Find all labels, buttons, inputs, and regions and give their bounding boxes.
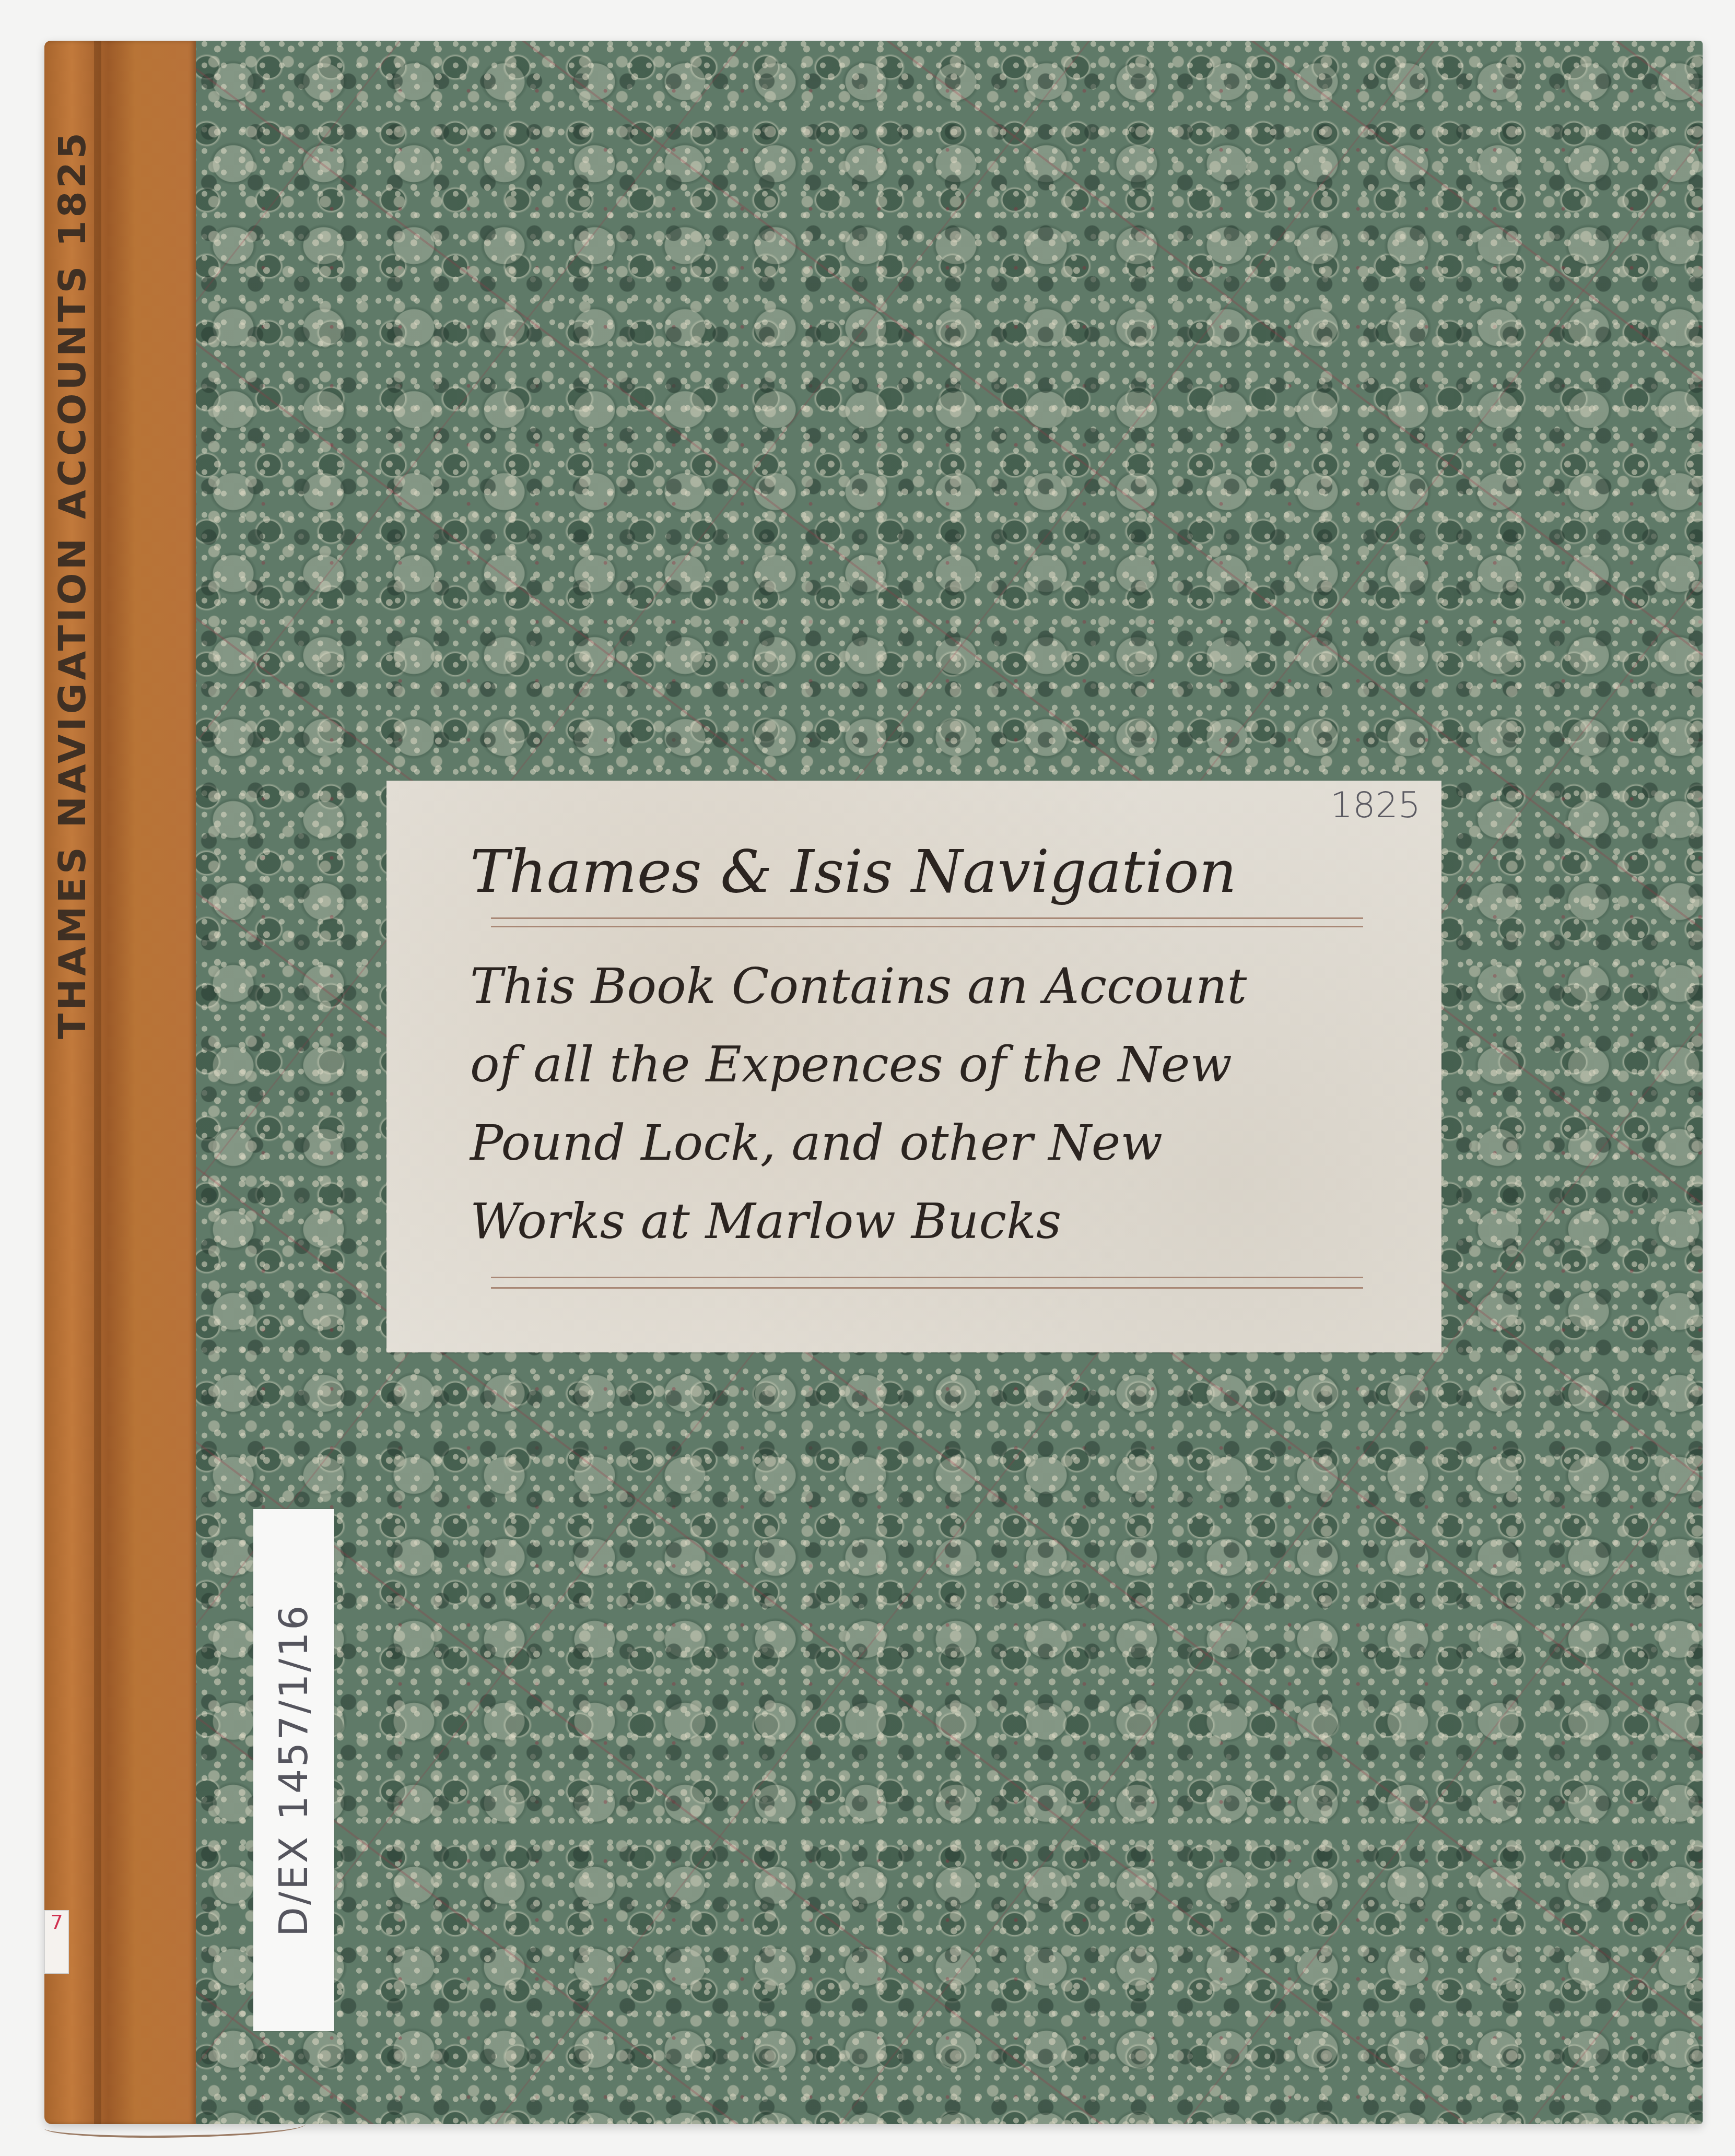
book-cover: THAMES NAVIGATION ACCOUNTS 1825 7 1825 T… — [44, 41, 1703, 2124]
spine-tag: 7 — [44, 1910, 69, 1974]
cover-label: 1825 Thames & Isis Navigation This Book … — [386, 781, 1441, 1352]
label-line: of all the Expences of the New — [470, 1026, 1410, 1104]
spine-title: THAMES NAVIGATION ACCOUNTS 1825 — [49, 129, 96, 1853]
body-underline — [491, 1277, 1363, 1278]
label-title: Thames & Isis Navigation — [470, 838, 1237, 906]
archive-reference-sticker: D/EX 1457/1/16 — [253, 1509, 334, 2031]
label-line: Works at Marlow Bucks — [470, 1183, 1410, 1261]
leather-spine: THAMES NAVIGATION ACCOUNTS 1825 7 — [44, 41, 196, 2124]
label-line: Pound Lock, and other New — [470, 1104, 1410, 1183]
body-underline — [491, 1287, 1363, 1289]
archive-reference: D/EX 1457/1/16 — [253, 1509, 334, 2031]
label-year: 1825 — [1330, 785, 1421, 826]
title-underline — [491, 917, 1363, 919]
title-underline — [491, 926, 1363, 927]
label-line: This Book Contains an Account — [470, 948, 1410, 1026]
binding-thread — [44, 2115, 306, 2138]
label-body: This Book Contains an Account of all the… — [470, 948, 1410, 1261]
